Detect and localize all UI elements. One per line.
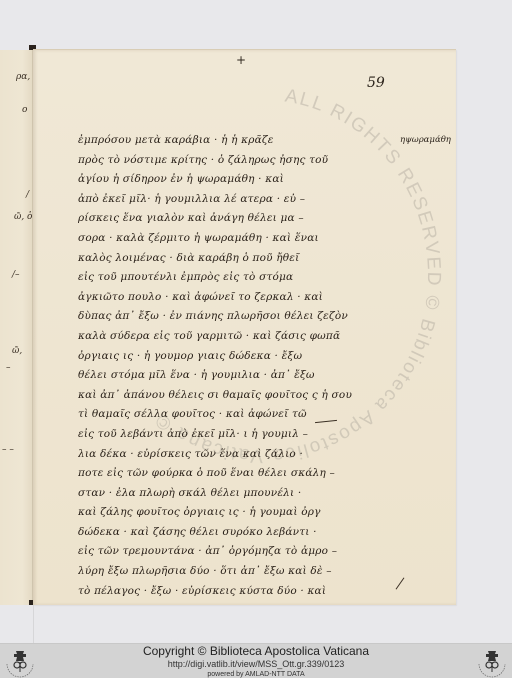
marginal-note: ηψωραμάθη — [400, 135, 451, 145]
powered-by-text: powered by AMLAD-NTT DATA — [0, 670, 512, 678]
text-line: καὶ ζάλης φουῖτος ὀργιαις ις · ἡ γουμαὶ … — [78, 503, 368, 523]
copyright-footer: Copyright © Biblioteca Apostolica Vatica… — [0, 643, 512, 678]
image-viewer[interactable]: ρα, ο / ῶ, ὁ /– ῶ, – – – + 59 ALL RIGHTS… — [0, 0, 512, 643]
margin-stroke — [396, 577, 405, 589]
facing-page-fragment: ῶ, — [12, 346, 22, 356]
facing-page-fragment: ο — [22, 105, 27, 115]
text-line: καλὰ σύδερα εἰς τοῦ γαρμιτῶ · καὶ ζάσις … — [78, 327, 368, 347]
facing-page-fragment: ρα, — [16, 72, 30, 82]
text-line: εἰς τοῦ μπουτένλι ἐμπρὸς εἰς τὸ στόμα — [78, 268, 368, 288]
gutter-line — [33, 604, 34, 643]
text-line: εἰς τοῦ λεβάντι ἀπὸ ἐκεῖ μῖλ· ι ἡ γουμιλ… — [78, 425, 368, 445]
text-line: καὶ ἀπ᾽ ἀπάνου θέλεις σι θαμαῖς φουῖτος … — [78, 386, 368, 406]
text-line: θέλει στόμα μῖλ ἕνα · ἡ γουμιλια · ἀπ᾽ ἔ… — [78, 366, 368, 386]
facing-page-fragment: – – — [2, 445, 14, 455]
text-line: ρίσκεις ἕνα γιαλὸν καὶ ἀνάγη θέλει μα – — [78, 209, 368, 229]
text-line: σορα · καλὰ ζέρμιτο ἡ ψωραμάθη · καὶ ἕνα… — [78, 229, 368, 249]
text-line: ἀγκιῶτο πουλο · καὶ ἀφώνεῖ το ζερκαλ · κ… — [78, 288, 368, 308]
facing-page-fragment: – — [6, 363, 11, 373]
folio-number: 59 — [367, 75, 385, 91]
manuscript-page: + 59 ALL RIGHTS RESERVED © Biblioteca Ap… — [33, 49, 456, 605]
text-line: λύρη ἔξω πλωρῆσια δύο · ὅτι ἀπ᾽ ἔξω καὶ … — [78, 562, 368, 582]
text-line: ὀργιαις ις · ἡ γουμορ γιαις δώδεκα · ἔξω — [78, 347, 368, 367]
text-line: ἐμπρόσου μετὰ καράβια · ἡ ἡ κρᾶζε — [78, 131, 368, 151]
facing-page-fragment: /– — [12, 270, 20, 280]
text-line: σταν · ἐλα πλωρὴ σκάλ θέλει μπουνέλι · — [78, 484, 368, 504]
vatican-library-seal-icon — [3, 646, 37, 678]
text-line: καλὸς λοιμένας · διὰ καράβη ὁ ποῦ ἤθεῖ — [78, 249, 368, 269]
text-line: ἀπὸ ἐκεῖ μῖλ· ἡ γουμιλλια λέ ατερα · εὐ … — [78, 190, 368, 210]
manuscript-text: ἐμπρόσου μετὰ καράβια · ἡ ἡ κρᾶζε πρὸς τ… — [78, 131, 368, 601]
text-line: ποτε εἰς τῶν φούρκα ὁ ποῦ ἕναι θέλει σκά… — [78, 464, 368, 484]
text-line: λια δέκα · εὐρίσκεις τῶν ἕνα καὶ ζάλιο · — [78, 445, 368, 465]
text-line: πρὸς τὸ νόστιμε κρίτης · ὁ ζάληρως ἠσης … — [78, 151, 368, 171]
facing-page-edge: ρα, ο / ῶ, ὁ /– ῶ, – – – — [0, 50, 33, 605]
facing-page-fragment: ῶ, ὁ — [14, 212, 32, 222]
permalink-url[interactable]: http://digi.vatlib.it/view/MSS_Ott.gr.33… — [0, 659, 512, 670]
copyright-text: Copyright © Biblioteca Apostolica Vatica… — [0, 644, 512, 659]
text-line: εἰς τῶν τρεμουντάνα · ἀπ᾽ ὀργόμηζα τὸ ἀμ… — [78, 542, 368, 562]
text-line: τὸ πέλαγος · ἔξω · εὐρίσκεις κύστα δύο ·… — [78, 582, 368, 602]
facing-page-fragment: / — [26, 190, 29, 200]
text-line: δώδεκα · καὶ ζάσης θέλει συρόκο λεβάντι … — [78, 523, 368, 543]
vatican-library-seal-icon — [475, 646, 509, 678]
text-line: δὺπας ἀπ᾽ ἔξω · ἐν πιάνης πλωρῆσοι θέλει… — [78, 307, 368, 327]
top-cross-mark: + — [236, 53, 246, 67]
text-line: ἀγίου ἡ σίδηρον ἐν ἡ ψωραμάθη · καὶ — [78, 170, 368, 190]
